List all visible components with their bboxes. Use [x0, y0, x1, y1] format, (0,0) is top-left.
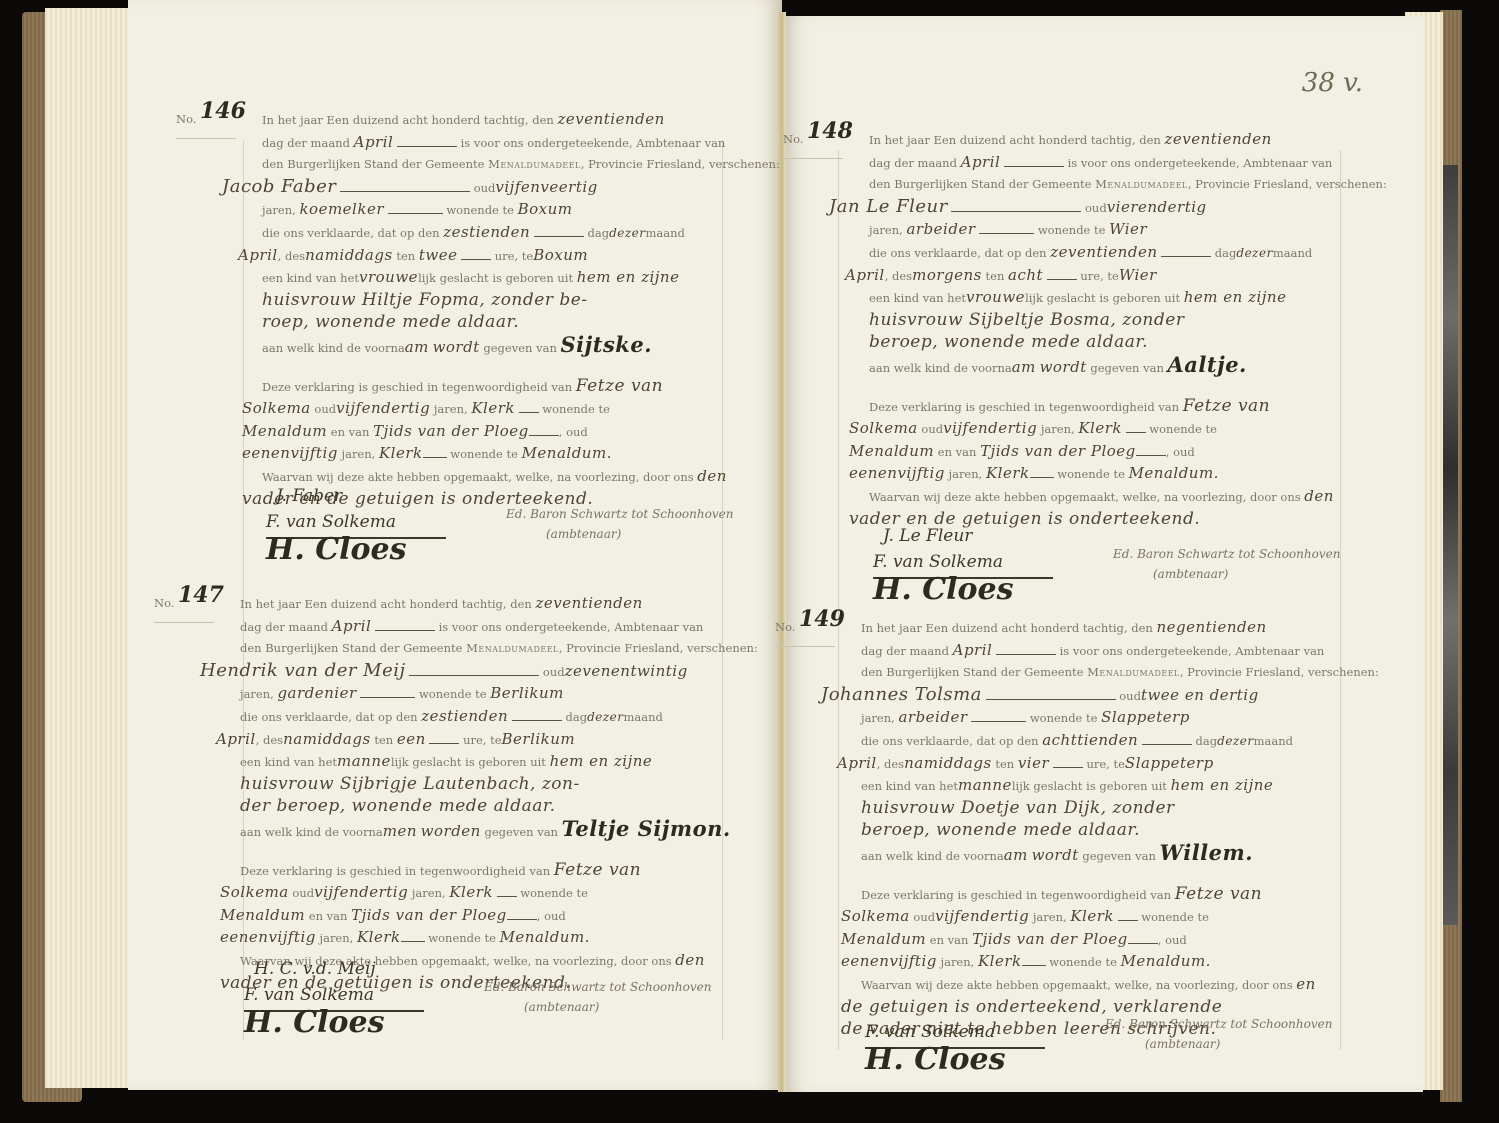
signature-witness2: H. Cloes	[266, 539, 407, 562]
month-of-declaration: April	[953, 641, 993, 659]
marbled-edge	[1442, 165, 1458, 925]
line-declarant: Jan Le Fleur oudvierendertig	[829, 196, 1339, 219]
line-month: dag der maand April is voor ons onderget…	[240, 615, 710, 638]
line-sex: een kind van hetvrouwelijk geslacht is g…	[262, 266, 732, 289]
witness1-residence: Menaldum	[242, 422, 327, 440]
birth-month: April	[837, 754, 877, 772]
line-witness1: Solkema oudvijfendertig jaren, Klerk won…	[220, 881, 710, 904]
municipality: Menaldumadeel	[466, 641, 559, 655]
line-declarant: Johannes Tolsma oudtwee en dertig	[821, 684, 1331, 707]
declarant-residence: Berlikum	[490, 684, 564, 702]
witness1-surname: Solkema	[841, 907, 910, 925]
declarant-name: Jacob Faber	[222, 176, 336, 197]
witness1-occupation: Klerk	[449, 883, 493, 901]
line-birth-day: die ons verklaarde, dat op den achttiend…	[861, 729, 1331, 752]
child-sex: vrouwe	[359, 268, 418, 286]
line-birth-time: April, desmorgens ten acht ure, teWier	[845, 264, 1339, 287]
line-occupation: jaren, gardenier wonende te Berlikum	[240, 682, 710, 705]
municipality: Menaldumadeel	[1087, 665, 1180, 679]
record-number: 146	[200, 100, 246, 123]
month-of-declaration: April	[332, 617, 372, 635]
birth-month: April	[238, 246, 278, 264]
day-of-declaration: zeventienden	[557, 110, 664, 128]
line-office: den Burgerlijken Stand der Gemeente Mena…	[869, 173, 1339, 196]
witness1-surname: Solkema	[849, 419, 918, 437]
birth-hour: acht	[1008, 266, 1043, 284]
witness2-occupation: Klerk	[986, 464, 1030, 482]
line-month: dag der maand April is voor ons onderget…	[861, 639, 1331, 662]
witness2-occupation: Klerk	[357, 928, 401, 946]
line-witness-intro: Deze verklaring is geschied in tegenwoor…	[869, 395, 1339, 418]
record-number-label: No.	[154, 592, 174, 615]
signature-witness1: F. van Solkema	[244, 984, 374, 1007]
child-name: Willem.	[1160, 840, 1254, 865]
birth-month: April	[216, 730, 256, 748]
line-witness2-details: eenenvijftig jaren, Klerk wonende te Men…	[220, 926, 710, 949]
signatures: H. C. v.d. Meij F. van Solkema Ed. Baron…	[244, 958, 704, 1078]
witness2-name: Tjids van der Ploeg	[972, 930, 1128, 948]
birth-day: zestienden	[443, 223, 530, 241]
number-rule	[783, 158, 843, 159]
signature-witness1: F. van Solkema	[873, 551, 1003, 574]
line-child-name: aan welk kind de voornaam wordt gegeven …	[861, 842, 1331, 865]
witness1-residence: Menaldum	[220, 906, 305, 924]
line-witness-intro: Deze verklaring is geschied in tegenwoor…	[262, 375, 732, 398]
witness1-occupation: Klerk	[1078, 419, 1122, 437]
child-name: Aaltje.	[1168, 352, 1247, 377]
line-witness2: Menaldum en van Tjids van der Ploeg, oud	[242, 420, 732, 443]
declarant-residence: Boxum	[518, 200, 573, 218]
line-birth-time: April, desnamiddags ten een ure, teBerli…	[216, 728, 710, 751]
witness2-name: Tjids van der Ploeg	[980, 442, 1136, 460]
declarant-residence: Slappeterp	[1101, 708, 1190, 726]
number-rule	[154, 622, 214, 623]
line-witness2: Menaldum en van Tjids van der Ploeg, oud	[841, 928, 1331, 951]
witness2-residence: Menaldum.	[1129, 464, 1219, 482]
mother-occupation-line: roep, wonende mede aldaar.	[262, 311, 732, 334]
folio-number: 38 v.	[1302, 68, 1363, 98]
signature-witness2: H. Cloes	[873, 579, 1014, 602]
month-of-declaration: April	[354, 133, 394, 151]
number-rule	[775, 646, 835, 647]
line-office: den Burgerlijken Stand der Gemeente Mena…	[262, 153, 732, 176]
mother-line: huisvrouw Sijbrigje Lautenbach, zon-	[240, 773, 710, 796]
birth-day: achttienden	[1042, 731, 1138, 749]
child-sex: manne	[958, 776, 1012, 794]
signature-father: J. Faber	[276, 485, 342, 508]
line-declarant: Hendrik van der Meij oudzevenentwintig	[200, 660, 710, 683]
signature-father: J. Le Fleur	[883, 525, 972, 548]
witness1-occupation: Klerk	[471, 399, 515, 417]
line-date: In het jaar Een duizend acht honderd tac…	[262, 108, 732, 131]
line-witness2-details: eenenvijftig jaren, Klerk wonende te Men…	[849, 462, 1339, 485]
birth-hour: vier	[1018, 754, 1049, 772]
book-gutter	[778, 12, 786, 1092]
line-witness2-details: eenenvijftig jaren, Klerk wonende te Men…	[242, 442, 732, 465]
witness2-residence: Menaldum.	[1121, 952, 1211, 970]
witness2-age: eenenvijftig	[242, 444, 338, 462]
record-number-label: No.	[783, 128, 803, 151]
witness1-occupation: Klerk	[1070, 907, 1114, 925]
birth-place: Slappeterp	[1125, 754, 1214, 772]
witness1-firstname: Fetze van	[1175, 884, 1262, 904]
witness1-surname: Solkema	[220, 883, 289, 901]
child-name: Teltje Sijmon.	[562, 816, 731, 841]
municipality: Menaldumadeel	[488, 157, 581, 171]
child-name: Sijtske.	[561, 332, 653, 357]
witness2-residence: Menaldum.	[500, 928, 590, 946]
birth-month: April	[845, 266, 885, 284]
witness2-occupation: Klerk	[978, 952, 1022, 970]
declarant-age: vijfenveertig	[495, 178, 597, 196]
line-witness2: Menaldum en van Tjids van der Ploeg, oud	[220, 904, 710, 927]
line-child-name: aan welk kind de voornaam wordt gegeven …	[869, 354, 1339, 377]
witness1-residence: Menaldum	[849, 442, 934, 460]
declarant-name: Johannes Tolsma	[821, 684, 982, 705]
record-number: 147	[178, 584, 224, 607]
day-of-declaration: zeventienden	[535, 594, 642, 612]
signature-witness2: H. Cloes	[865, 1049, 1006, 1072]
signature-witness1: F. van Solkema	[266, 511, 396, 534]
line-occupation: jaren, arbeider wonende te Slappeterp	[861, 706, 1331, 729]
declarant-age: zevenentwintig	[565, 662, 688, 680]
witness1-age: vijfendertig	[336, 399, 430, 417]
day-of-declaration: zeventienden	[1164, 130, 1271, 148]
record-number-label: No.	[176, 108, 196, 131]
declarant-occupation: gardenier	[277, 684, 356, 702]
time-of-day: namiddags	[305, 246, 393, 264]
margin-rule-right	[838, 150, 839, 1050]
line-child-name: aan welk kind de voornaam wordt gegeven …	[262, 334, 732, 357]
witness2-name: Tjids van der Ploeg	[373, 422, 529, 440]
line-sex: een kind van hetmannelijk geslacht is ge…	[240, 750, 710, 773]
number-rule	[176, 138, 236, 139]
line-closing: Waarvan wij deze akte hebben opgemaakt, …	[869, 485, 1339, 508]
page-stack-left	[45, 8, 135, 1088]
line-witness-intro: Deze verklaring is geschied in tegenwoor…	[861, 883, 1331, 906]
day-of-declaration: negentienden	[1156, 618, 1266, 636]
witness1-age: vijfendertig	[935, 907, 1029, 925]
witness2-age: eenenvijftig	[849, 464, 945, 482]
declarant-occupation: arbeider	[898, 708, 967, 726]
witness2-age: eenenvijftig	[841, 952, 937, 970]
witness1-surname: Solkema	[242, 399, 311, 417]
line-date: In het jaar Een duizend acht honderd tac…	[861, 616, 1331, 639]
mother-occupation-line: beroep, wonende mede aldaar.	[861, 819, 1331, 842]
line-office: den Burgerlijken Stand der Gemeente Mena…	[861, 661, 1331, 684]
line-occupation: jaren, arbeider wonende te Wier	[869, 218, 1339, 241]
witness2-occupation: Klerk	[379, 444, 423, 462]
declarant-occupation: arbeider	[906, 220, 975, 238]
signature-official-title: (ambtenaar)	[1153, 563, 1228, 586]
witness1-age: vijfendertig	[943, 419, 1037, 437]
birth-day: zeventienden	[1050, 243, 1157, 261]
line-date: In het jaar Een duizend acht honderd tac…	[240, 592, 710, 615]
municipality: Menaldumadeel	[1095, 177, 1188, 191]
time-of-day: namiddags	[904, 754, 992, 772]
line-birth-time: April, desnamiddags ten vier ure, teSlap…	[837, 752, 1331, 775]
declarant-occupation: koemelker	[299, 200, 384, 218]
line-closing: Waarvan wij deze akte hebben opgemaakt, …	[861, 973, 1331, 996]
child-sex: vrouwe	[966, 288, 1025, 306]
signature-official-title: (ambtenaar)	[1145, 1033, 1220, 1056]
birth-place: Wier	[1119, 266, 1157, 284]
line-witness2-details: eenenvijftig jaren, Klerk wonende te Men…	[841, 950, 1331, 973]
time-of-day: namiddags	[283, 730, 371, 748]
declarant-age: vierendertig	[1107, 198, 1207, 216]
witness1-residence: Menaldum	[841, 930, 926, 948]
line-office: den Burgerlijken Stand der Gemeente Mena…	[240, 637, 710, 660]
margin-rule-right-outer	[1340, 150, 1341, 1050]
line-child-name: aan welk kind de voornamen worden gegeve…	[240, 818, 710, 841]
declarant-age: twee en dertig	[1141, 686, 1259, 704]
line-witness1: Solkema oudvijfendertig jaren, Klerk won…	[841, 905, 1331, 928]
witness1-firstname: Fetze van	[576, 376, 663, 396]
line-month: dag der maand April is voor ons onderget…	[869, 151, 1339, 174]
line-witness-intro: Deze verklaring is geschied in tegenwoor…	[240, 859, 710, 882]
line-witness2: Menaldum en van Tjids van der Ploeg, oud	[849, 440, 1339, 463]
mother-occupation-line: der beroep, wonende mede aldaar.	[240, 795, 710, 818]
witness1-firstname: Fetze van	[1183, 396, 1270, 416]
birth-hour: een	[397, 730, 426, 748]
record-number: 149	[799, 608, 845, 631]
line-occupation: jaren, koemelker wonende te Boxum	[262, 198, 732, 221]
witness2-age: eenenvijftig	[220, 928, 316, 946]
line-declarant: Jacob Faber oudvijfenveertig	[222, 176, 732, 199]
line-month: dag der maand April is voor ons onderget…	[262, 131, 732, 154]
declarant-residence: Wier	[1109, 220, 1147, 238]
signature-official-title: (ambtenaar)	[524, 996, 599, 1019]
signature-father: H. C. v.d. Meij	[254, 958, 376, 981]
record-number: 148	[807, 120, 853, 143]
record-number-label: No.	[775, 616, 795, 639]
line-birth-day: die ons verklaarde, dat op den zeventien…	[869, 241, 1339, 264]
signature-witness2: H. Cloes	[244, 1012, 385, 1035]
witness2-residence: Menaldum.	[522, 444, 612, 462]
mother-line: huisvrouw Doetje van Dijk, zonder	[861, 797, 1331, 820]
line-sex: een kind van hetmannelijk geslacht is ge…	[861, 774, 1331, 797]
birth-hour: twee	[419, 246, 458, 264]
witness2-name: Tjids van der Ploeg	[351, 906, 507, 924]
line-sex: een kind van hetvrouwelijk geslacht is g…	[869, 286, 1339, 309]
mother-occupation-line: beroep, wonende mede aldaar.	[869, 331, 1339, 354]
witness1-firstname: Fetze van	[554, 860, 641, 880]
time-of-day: morgens	[912, 266, 982, 284]
child-sex: manne	[337, 752, 391, 770]
line-birth-day: die ons verklaarde, dat op den zestiende…	[262, 221, 732, 244]
mother-line: huisvrouw Sijbeltje Bosma, zonder	[869, 309, 1339, 332]
month-of-declaration: April	[961, 153, 1001, 171]
declarant-name: Hendrik van der Meij	[200, 660, 406, 681]
line-witness1: Solkema oudvijfendertig jaren, Klerk won…	[849, 417, 1339, 440]
signature-witness1: F. van Solkema	[865, 1021, 995, 1044]
line-birth-time: April, desnamiddags ten twee ure, teBoxu…	[238, 244, 732, 267]
line-birth-day: die ons verklaarde, dat op den zestiende…	[240, 705, 710, 728]
declarant-name: Jan Le Fleur	[829, 196, 948, 217]
birth-place: Boxum	[533, 246, 588, 264]
birth-day: zestienden	[421, 707, 508, 725]
line-date: In het jaar Een duizend acht honderd tac…	[869, 128, 1339, 151]
witness1-age: vijfendertig	[314, 883, 408, 901]
birth-place: Berlikum	[502, 730, 576, 748]
mother-line: huisvrouw Hiltje Fopma, zonder be-	[262, 289, 732, 312]
signatures: F. van Solkema Ed. Baron Schwartz tot Sc…	[865, 995, 1325, 1115]
line-witness1: Solkema oudvijfendertig jaren, Klerk won…	[242, 397, 732, 420]
signatures: J. Faber F. van Solkema Ed. Baron Schwar…	[266, 485, 726, 605]
signature-official-title: (ambtenaar)	[546, 523, 621, 546]
